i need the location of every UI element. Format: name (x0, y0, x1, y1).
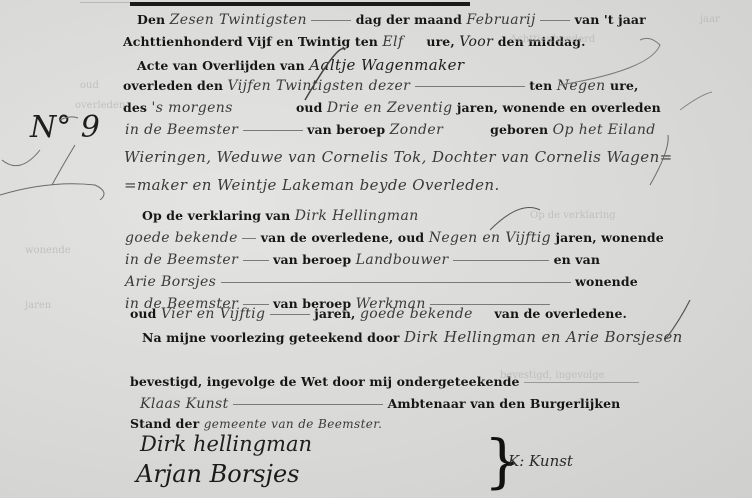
bleed-through-text: overleden (75, 100, 125, 111)
bleed-through-text: bevestigd, ingevolge (500, 370, 605, 381)
bleed-through-text: jaar (700, 14, 720, 25)
bleed-through-text: jaren (25, 300, 51, 311)
bleed-through-text: Op de verklaring (530, 210, 616, 221)
bleed-through-text: Achttienhonderd (510, 34, 595, 45)
bleed-through-text: wonende (25, 245, 71, 256)
bleed-through-text: oud (80, 80, 99, 91)
handwriting-flourish-icon (0, 0, 752, 498)
document-page: N° 9 Den Zesen Twintigsten dag der maand… (0, 0, 752, 498)
